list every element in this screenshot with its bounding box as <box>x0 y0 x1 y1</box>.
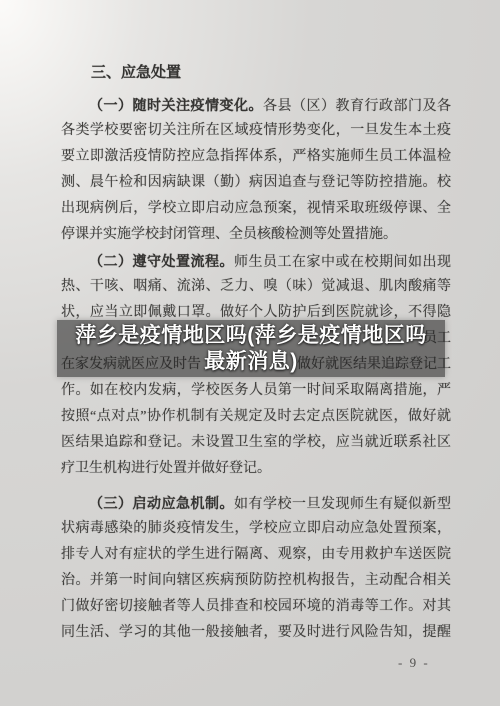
text-line: （一）随时关注疫情变化。各县（区）教育行政部门及各级 <box>61 92 451 118</box>
text-run: 排专人对有症状的学生进行隔离、观察，由专用救护车送医院诊 <box>61 547 451 568</box>
text-run-bold: （一）随时关注疫情变化。 <box>89 97 263 113</box>
text-line: 三、应急处置 <box>61 60 451 86</box>
text-run: 测、晨午检和因病缺课（勤）病因追查与登记等防控措施。校园 <box>61 175 451 196</box>
text-line: 热、干咳、咽痛、流涕、乏力、嗅（味）觉减退、肌肉酸痛等症 <box>61 274 451 300</box>
watermark-line2: 最新消息) <box>204 349 298 375</box>
text-line: 同生活、学习的其他一般接触者，要及时进行风险告知，提醒其 <box>61 620 451 646</box>
text-line: 疗卫生机构进行处置并做好登记。 <box>61 456 451 482</box>
text-run: 热、干咳、咽痛、流涕、乏力、嗅（味）觉减退、肌肉酸痛等症 <box>61 279 451 300</box>
watermark-line1: 萍乡是疫情地区吗(萍乡是疫情地区吗 <box>75 323 427 349</box>
page-number: - 9 - <box>398 655 430 671</box>
text-run: 疗卫生机构进行处置并做好登记。 <box>61 461 271 476</box>
text-run: 门做好密切接触者等人员排查和校园环境的消毒等工作。对其共 <box>61 599 451 620</box>
text-line: 各类学校要密切关注所在区域疫情形势变化，一旦发生本土疫情 <box>61 118 451 144</box>
text-line: 作。如在校内发病，学校医务人员第一时间采取隔离措施，严格 <box>61 378 451 404</box>
text-line: 医结果追踪和登记。未设置卫生室的学校，应当就近联系社区医 <box>61 430 451 456</box>
text-run: 医结果追踪和登记。未设置卫生室的学校，应当就近联系社区医 <box>61 435 451 456</box>
watermark-banner: 萍乡是疫情地区吗(萍乡是疫情地区吗 最新消息) <box>57 320 445 377</box>
text-line: （三）启动应急机制。如有学校一旦发现师生有疑似新型冠 <box>61 490 451 516</box>
text-run: 各类学校要密切关注所在区域疫情形势变化，一旦发生本土疫情 <box>61 123 451 144</box>
text-line: 测、晨午检和因病缺课（勤）病因追查与登记等防控措施。校园 <box>61 170 451 196</box>
text-line: 治。并第一时间向辖区疾病预防防控机构报告，主动配合相关部 <box>61 568 451 594</box>
text-run: 停课并实施学校封闭管理、全员核酸检测等处置措施。 <box>61 227 397 242</box>
text-line: 要立即激活疫情防控应急指挥体系，严格实施师生员工体温检 <box>61 144 451 170</box>
text-run-bold: （三）启动应急机制。 <box>89 495 234 511</box>
text-line: 出现病例后，学校立即启动应急预案，视情采取班级停课、全校 <box>61 196 451 222</box>
text-line: 门做好密切接触者等人员排查和校园环境的消毒等工作。对其共 <box>61 594 451 620</box>
text-run: 出现病例后，学校立即启动应急预案，视情采取班级停课、全校 <box>61 201 451 222</box>
text-run-bold: 三、应急处置 <box>91 64 181 81</box>
text-line: 状病毒感染的肺炎疫情发生，学校应立即启动应急处置预案，安 <box>61 516 451 542</box>
text-line: 停课并实施学校封闭管理、全员核酸检测等处置措施。 <box>61 222 451 248</box>
text-run: 同生活、学习的其他一般接触者，要及时进行风险告知，提醒其 <box>61 625 451 646</box>
text-run-bold: （二）遵守处置流程。 <box>89 253 234 269</box>
text-line: 排专人对有症状的学生进行隔离、观察，由专用救护车送医院诊 <box>61 542 451 568</box>
text-run: 状病毒感染的肺炎疫情发生，学校应立即启动应急处置预案，安 <box>61 521 451 542</box>
text-run: 要立即激活疫情防控应急指挥体系，严格实施师生员工体温检 <box>61 149 451 164</box>
text-run: 作。如在校内发病，学校医务人员第一时间采取隔离措施，严格 <box>61 383 451 404</box>
scanned-page: 三、应急处置（一）随时关注疫情变化。各县（区）教育行政部门及各级各类学校要密切关… <box>0 0 500 706</box>
text-line: （二）遵守处置流程。师生员工在家中或在校期间如出现发 <box>61 248 451 274</box>
text-run: 治。并第一时间向辖区疾病预防防控机构报告，主动配合相关部 <box>61 573 451 594</box>
text-line: 按照“点对点”协作机制有关规定及时去定点医院就医，做好就 <box>61 404 451 430</box>
text-run: 按照“点对点”协作机制有关规定及时去定点医院就医，做好就 <box>61 409 451 424</box>
